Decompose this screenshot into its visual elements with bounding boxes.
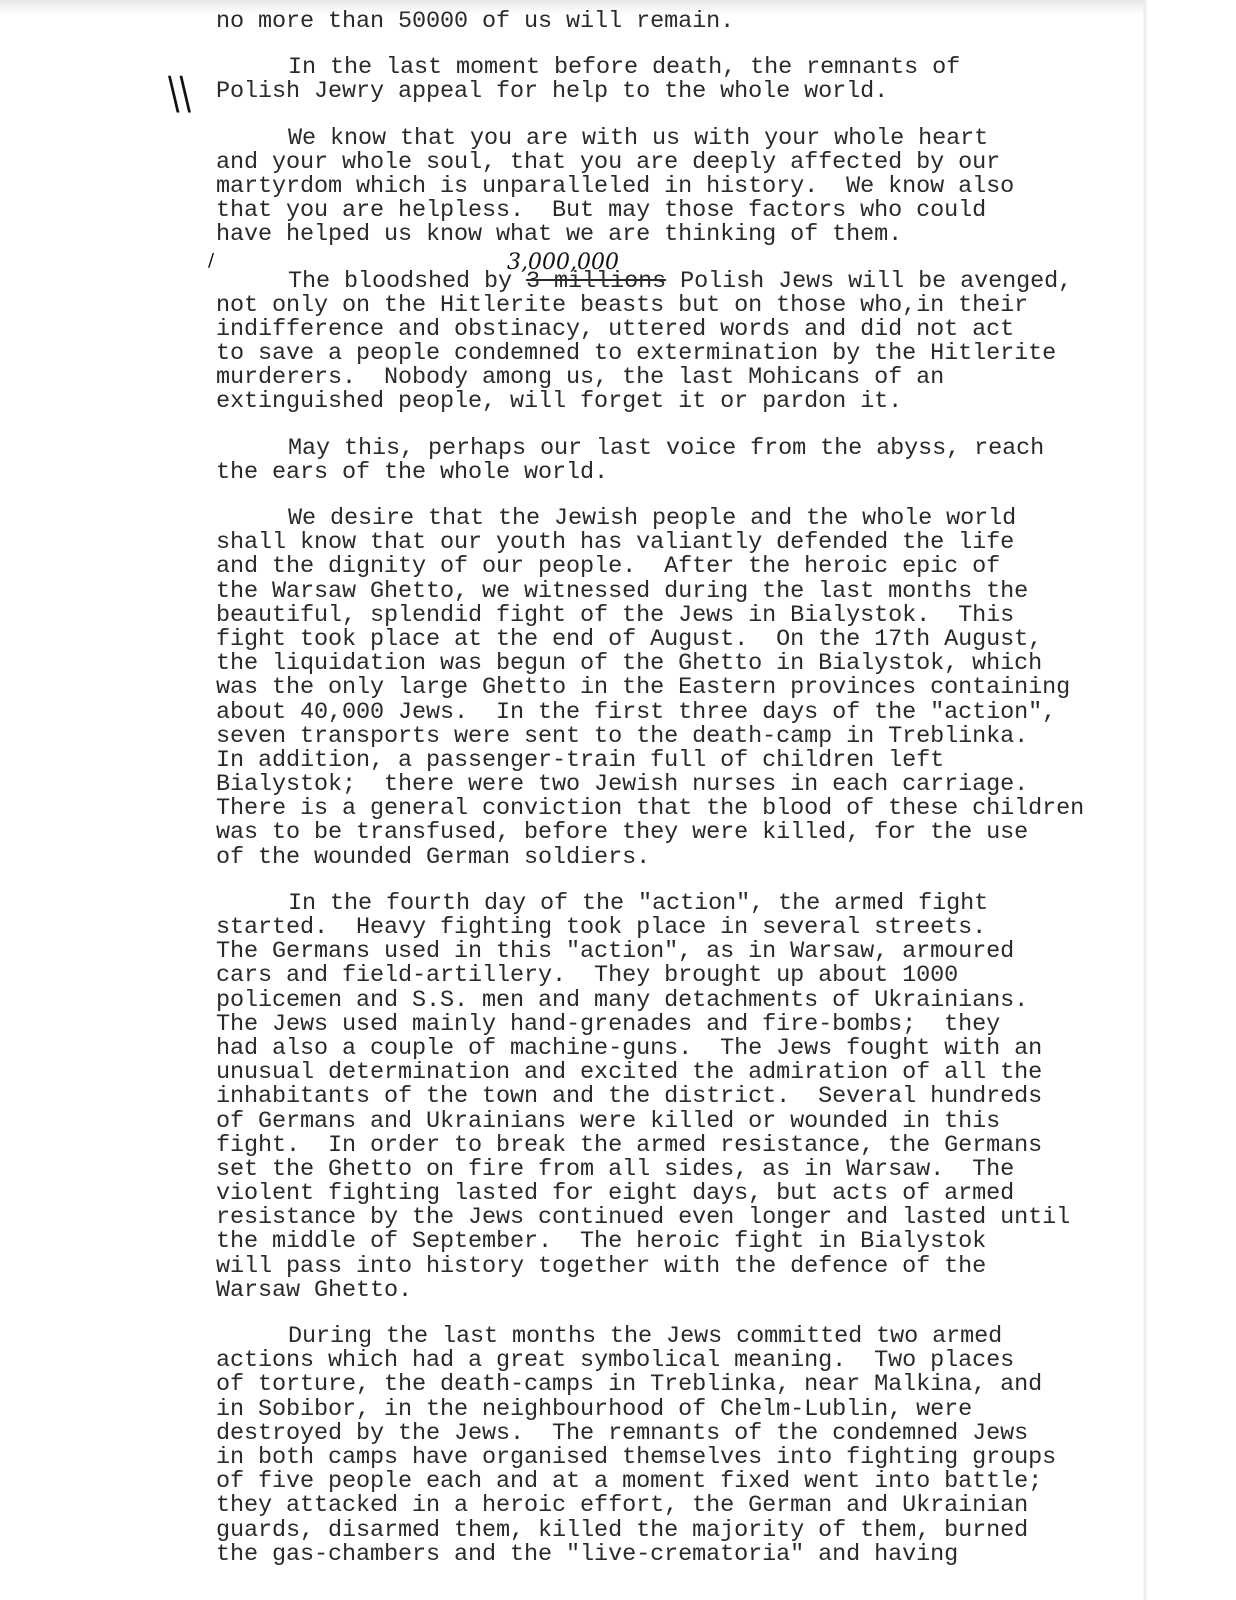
text-line: May this, perhaps our last voice from th…: [216, 437, 1116, 461]
text-line: extinguished people, will forget it or p…: [216, 390, 1116, 414]
text-line: and your whole soul, that you are deeply…: [216, 151, 1116, 175]
paragraph: May this, perhaps our last voice from th…: [216, 437, 1116, 485]
text-line: the ears of the whole world.: [216, 461, 1116, 485]
paragraph: We desire that the Jewish people and the…: [216, 507, 1116, 870]
text-line: set the Ghetto on fire from all sides, a…: [216, 1158, 1116, 1182]
text-line: We desire that the Jewish people and the…: [216, 507, 1116, 531]
text-line: indifference and obstinacy, uttered word…: [216, 318, 1116, 342]
text-line: There is a general conviction that the b…: [216, 797, 1116, 821]
text-line: in both camps have organised themselves …: [216, 1446, 1116, 1470]
scan-right-edge: [1143, 0, 1147, 1600]
text-line: they attacked in a heroic effort, the Ge…: [216, 1494, 1116, 1518]
text-line: no more than 50000 of us will remain.: [216, 10, 1116, 34]
text-line: of the wounded German soldiers.: [216, 846, 1116, 870]
text-line: inhabitants of the town and the district…: [216, 1085, 1116, 1109]
text-line: destroyed by the Jews. The remnants of t…: [216, 1422, 1116, 1446]
text-line: had also a couple of machine-guns. The J…: [216, 1037, 1116, 1061]
text-line: resistance by the Jews continued even lo…: [216, 1206, 1116, 1230]
text-line: Polish Jewry appeal for help to the whol…: [216, 80, 1116, 104]
text-line: the liquidation was begun of the Ghetto …: [216, 652, 1116, 676]
paragraph: During the last months the Jews committe…: [216, 1325, 1116, 1567]
struck-out-text: 3 millions: [526, 268, 666, 295]
text-line: of Germans and Ukrainians were killed or…: [216, 1110, 1116, 1134]
text-line: policemen and S.S. men and many detachme…: [216, 989, 1116, 1013]
text-line: actions which had a great symbolical mea…: [216, 1349, 1116, 1373]
text-line: In addition, a passenger-train full of c…: [216, 749, 1116, 773]
typed-letter-page: no more than 50000 of us will remain.In …: [216, 10, 1116, 1589]
margin-double-stroke-mark: \\: [168, 68, 191, 120]
text-line: In the fourth day of the "action", the a…: [216, 892, 1116, 916]
text-line: fight took place at the end of August. O…: [216, 628, 1116, 652]
text-line: We know that you are with us with your w…: [216, 127, 1116, 151]
text-line: Bialystok; there were two Jewish nurses …: [216, 773, 1116, 797]
text-line: to save a people condemned to exterminat…: [216, 342, 1116, 366]
text-line: Warsaw Ghetto.: [216, 1279, 1116, 1303]
text-line: about 40,000 Jews. In the first three da…: [216, 701, 1116, 725]
text-line: the middle of September. The heroic figh…: [216, 1230, 1116, 1254]
text-line: will pass into history together with the…: [216, 1255, 1116, 1279]
margin-tick-mark: /: [208, 250, 214, 271]
text-line: murderers. Nobody among us, the last Moh…: [216, 366, 1116, 390]
text-line: cars and field-artillery. They brought u…: [216, 964, 1116, 988]
text-line: unusual determination and excited the ad…: [216, 1061, 1116, 1085]
paragraph: In the last moment before death, the rem…: [216, 56, 1116, 104]
text-line: violent fighting lasted for eight days, …: [216, 1182, 1116, 1206]
text-line: of torture, the death-camps in Treblinka…: [216, 1373, 1116, 1397]
paragraph: no more than 50000 of us will remain.: [216, 10, 1116, 34]
text-line: of five people each and at a moment fixe…: [216, 1470, 1116, 1494]
text-line: have helped us know what we are thinking…: [216, 223, 1116, 247]
text-line: not only on the Hitlerite beasts but on …: [216, 294, 1116, 318]
text-line: fight. In order to break the armed resis…: [216, 1134, 1116, 1158]
text-line: seven transports were sent to the death-…: [216, 725, 1116, 749]
text-line: in Sobibor, in the neighbourhood of Chel…: [216, 1398, 1116, 1422]
text-line: The Germans used in this "action", as in…: [216, 940, 1116, 964]
text-line: was to be transfused, before they were k…: [216, 821, 1116, 845]
text-line: beautiful, splendid fight of the Jews in…: [216, 604, 1116, 628]
text-line: guards, disarmed them, killed the majori…: [216, 1519, 1116, 1543]
text-line: martyrdom which is unparalleled in histo…: [216, 175, 1116, 199]
paragraph: The bloodshed by 3 millions Polish Jews …: [216, 270, 1116, 415]
text-line: The Jews used mainly hand-grenades and f…: [216, 1013, 1116, 1037]
text-line: started. Heavy fighting took place in se…: [216, 916, 1116, 940]
text-line: shall know that our youth has valiantly …: [216, 531, 1116, 555]
text-line: the gas-chambers and the "live-crematori…: [216, 1543, 1116, 1567]
text-line: The bloodshed by 3 millions Polish Jews …: [216, 270, 1116, 294]
text-line: that you are helpless. But may those fac…: [216, 199, 1116, 223]
text-line: was the only large Ghetto in the Eastern…: [216, 676, 1116, 700]
text-line: the Warsaw Ghetto, we witnessed during t…: [216, 580, 1116, 604]
text-line: and the dignity of our people. After the…: [216, 555, 1116, 579]
text-line: During the last months the Jews committe…: [216, 1325, 1116, 1349]
text-line: In the last moment before death, the rem…: [216, 56, 1116, 80]
paragraph: We know that you are with us with your w…: [216, 127, 1116, 248]
paragraph: In the fourth day of the "action", the a…: [216, 892, 1116, 1303]
